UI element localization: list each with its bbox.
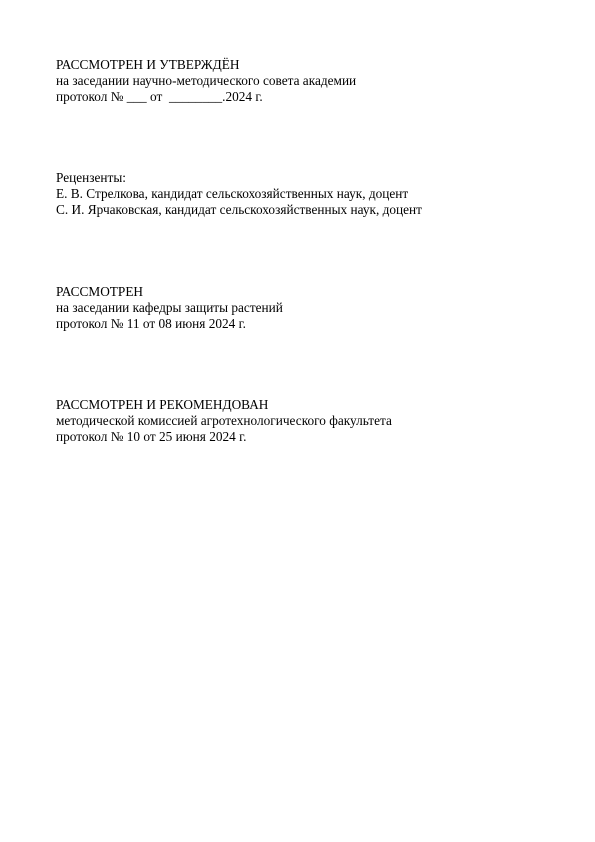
commission-text: методической комиссией агротехнологическ… <box>56 413 392 429</box>
approval-protocol-text: протокол № ___ от ________.2024 г. <box>56 89 356 105</box>
approval-council-text: на заседании научно-методического совета… <box>56 73 356 89</box>
approval-block: РАССМОТРЕН И УТВЕРЖДЁН на заседании науч… <box>56 57 356 105</box>
approval-heading: РАССМОТРЕН И УТВЕРЖДЁН <box>56 57 356 73</box>
department-heading: РАССМОТРЕН <box>56 284 283 300</box>
department-meeting-text: на заседании кафедры защиты растений <box>56 300 283 316</box>
commission-block: РАССМОТРЕН И РЕКОМЕНДОВАН методической к… <box>56 397 392 445</box>
reviewer-item: С. И. Ярчаковская, кандидат сельскохозяй… <box>56 202 422 218</box>
department-protocol-text: протокол № 11 от 08 июня 2024 г. <box>56 316 283 332</box>
commission-heading: РАССМОТРЕН И РЕКОМЕНДОВАН <box>56 397 392 413</box>
reviewer-item: Е. В. Стрелкова, кандидат сельскохозяйст… <box>56 186 422 202</box>
reviewers-block: Рецензенты: Е. В. Стрелкова, кандидат се… <box>56 170 422 218</box>
commission-protocol-text: протокол № 10 от 25 июня 2024 г. <box>56 429 392 445</box>
department-block: РАССМОТРЕН на заседании кафедры защиты р… <box>56 284 283 332</box>
reviewers-heading: Рецензенты: <box>56 170 422 186</box>
